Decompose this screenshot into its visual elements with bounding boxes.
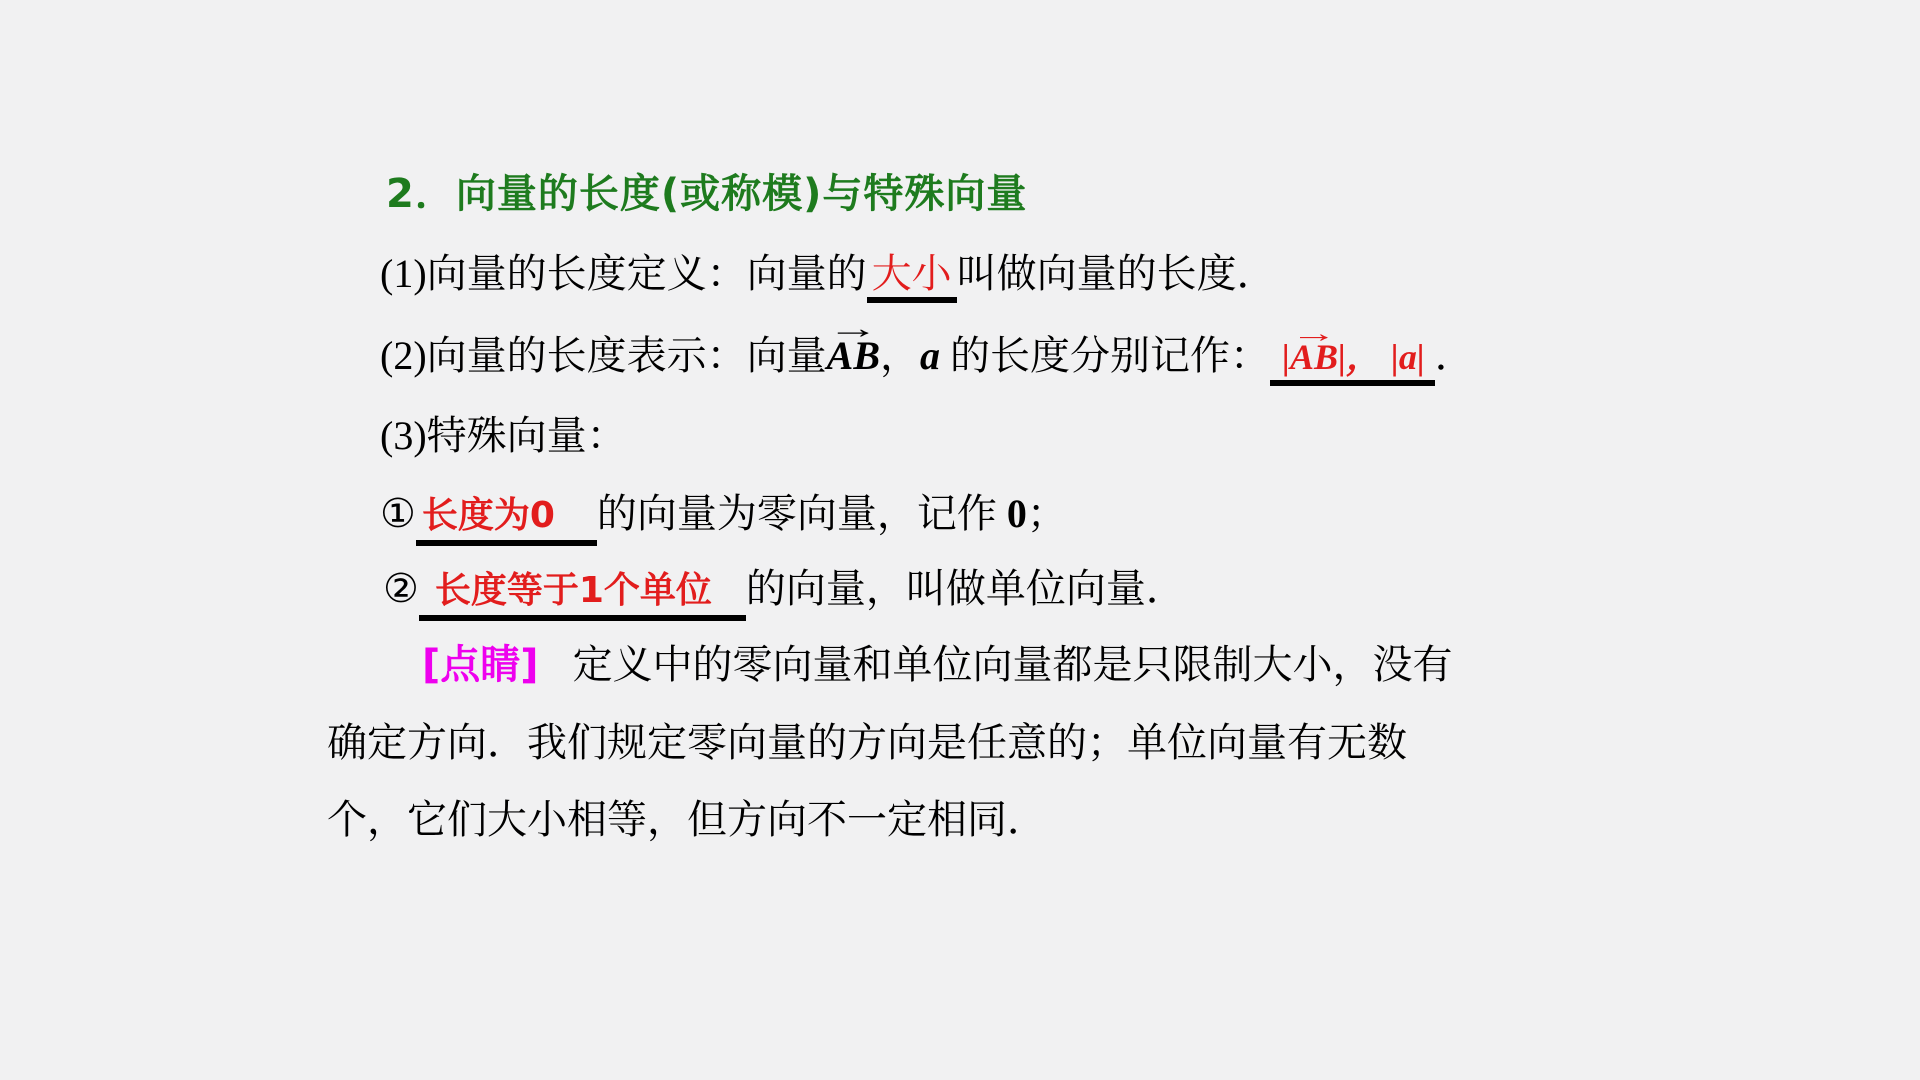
vector-AB: →AB (827, 332, 880, 380)
note-label: [点睛] (422, 642, 539, 688)
vector-arrow-icon: → (1291, 321, 1338, 347)
blank-answer-unit-length: 长度等于1个单位 (419, 570, 746, 621)
length-notation-mid: 的长度分别记作： (940, 333, 1270, 378)
item1-marker: ① (380, 491, 416, 536)
length-definition-post: 叫做向量的长度． (957, 251, 1277, 296)
unit-vector-text: 的向量，叫做单位向量． (746, 566, 1186, 611)
abs-bars-comma: |， | (1338, 337, 1399, 377)
vector-a-red: a (1399, 337, 1417, 377)
vector-AB-red: →AB (1290, 336, 1338, 379)
slide-canvas: 2．向量的长度(或称模)与特殊向量 (1)向量的长度定义：向量的大小叫做向量的长… (0, 0, 1920, 1080)
note-line-3: 个，它们大小相等，但方向不一定相同． (327, 796, 1047, 844)
blank-answer-notation: |→AB|， |a| (1270, 337, 1435, 386)
abs-bar: | (1417, 337, 1425, 377)
vector-arrow-icon: → (827, 315, 879, 344)
length-definition-pre: (1)向量的长度定义：向量的 (380, 251, 867, 296)
vector-a: a (920, 333, 940, 378)
zero-vector-text: 的向量为零向量，记作 (597, 491, 1007, 536)
section-title: 2．向量的长度(或称模)与特殊向量 (386, 170, 1027, 218)
length-notation-pre: (2)向量的长度表示：向量 (380, 333, 827, 378)
blank-answer-size: 大小 (867, 251, 957, 303)
comma: ， (880, 333, 920, 378)
zero-vector-item: ①长度为0的向量为零向量，记作 0； (380, 490, 1067, 538)
sentence-period: ． (1435, 333, 1475, 378)
unit-vector-item: ②长度等于1个单位的向量，叫做单位向量． (383, 565, 1186, 613)
note-line-2: 确定方向．我们规定零向量的方向是任意的；单位向量有无数 (327, 719, 1407, 767)
item2-marker: ② (383, 566, 419, 611)
special-vectors-heading: (3)特殊向量： (380, 412, 627, 460)
semicolon: ； (1027, 491, 1067, 536)
note-line-1: [点睛]定义中的零向量和单位向量都是只限制大小，没有 (422, 641, 1453, 689)
length-notation-line: (2)向量的长度表示：向量→AB，a 的长度分别记作：|→AB|， |a|． (380, 332, 1475, 380)
abs-bar: | (1282, 337, 1290, 377)
blank-answer-zero-length: 长度为0 (416, 495, 597, 546)
zero-vector-symbol: 0 (1007, 491, 1027, 536)
note-text-1: 定义中的零向量和单位向量都是只限制大小，没有 (573, 642, 1453, 687)
length-definition-line: (1)向量的长度定义：向量的大小叫做向量的长度． (380, 250, 1277, 298)
